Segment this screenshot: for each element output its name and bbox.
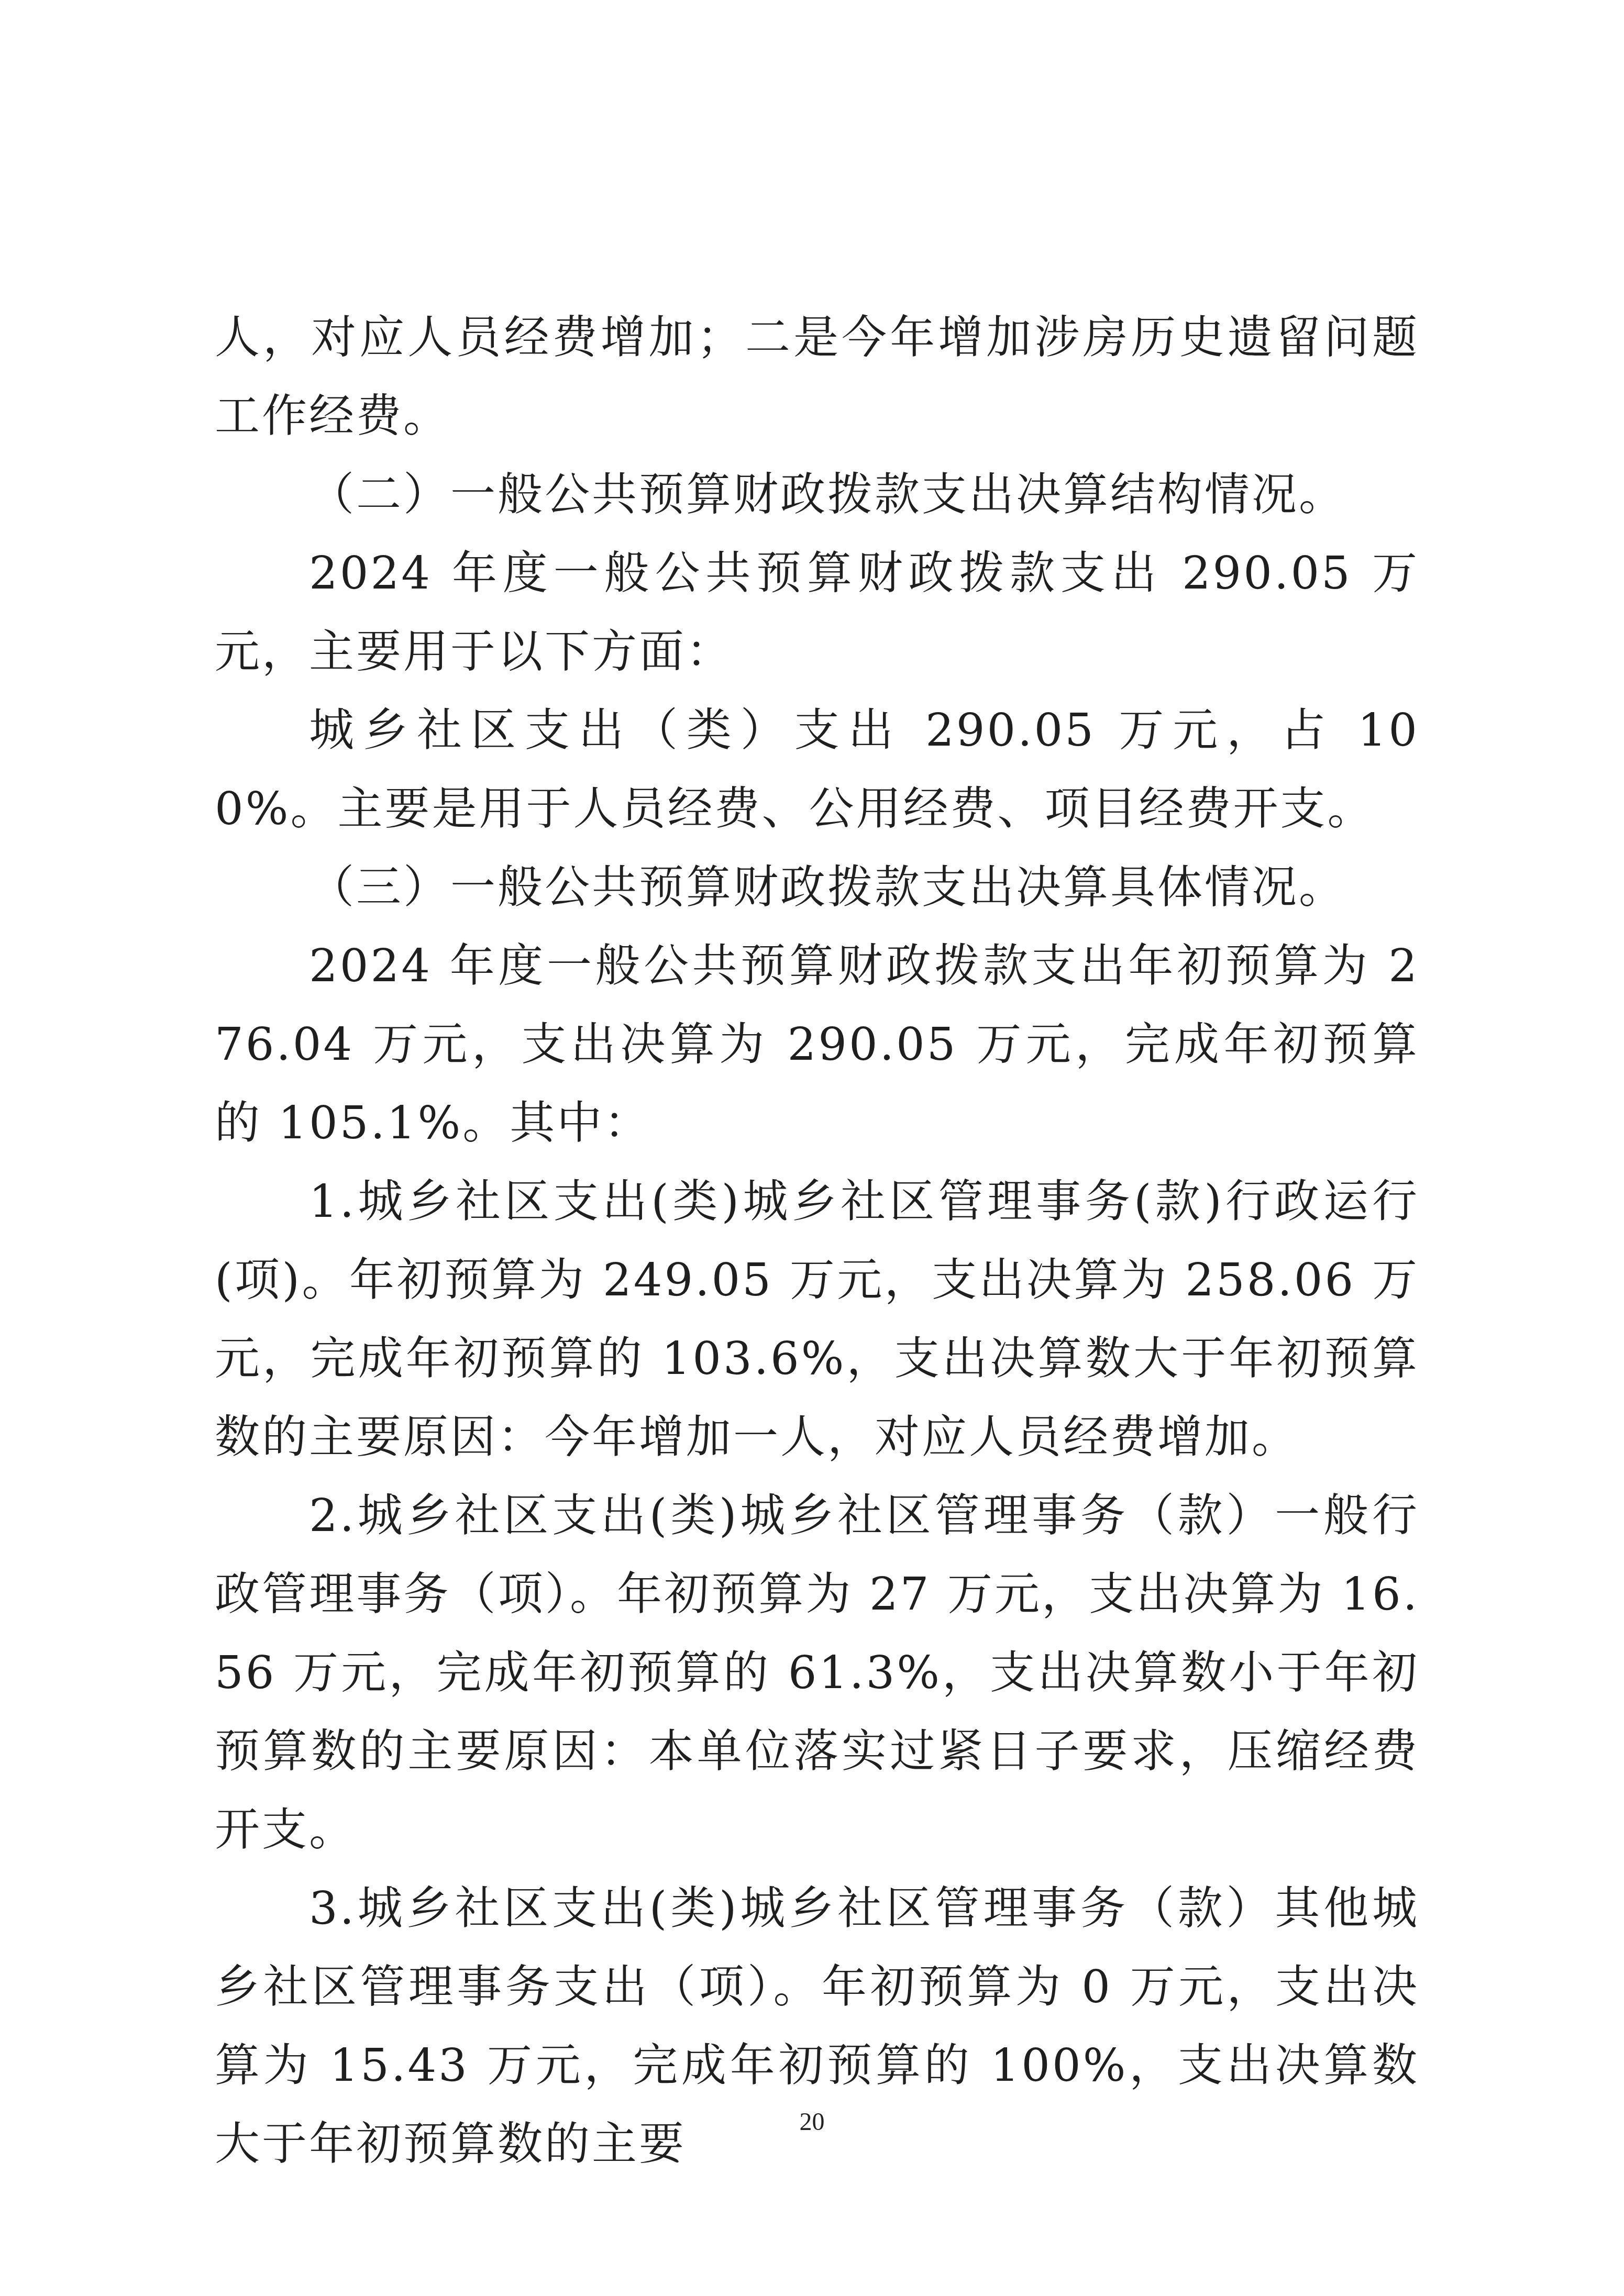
page-number: 20 [0, 2108, 1624, 2136]
list-item-3: 3.城乡社区支出(类)城乡社区管理事务（款）其他城乡社区管理事务支出（项）。年初… [215, 1869, 1419, 2183]
section-3-heading: （三）一般公共预算财政拨款支出决算具体情况。 [215, 848, 1419, 927]
section-2-heading: （二）一般公共预算财政拨款支出决算结构情况。 [215, 456, 1419, 534]
list-item-1: 1.城乡社区支出(类)城乡社区管理事务(款)行政运行(项)。年初预算为 249.… [215, 1162, 1419, 1477]
document-body: 人，对应人员经费增加；二是今年增加涉房历史遗留问题工作经费。 （二）一般公共预算… [215, 298, 1419, 2183]
paragraph-continued-reason: 人，对应人员经费增加；二是今年增加涉房历史遗留问题工作经费。 [215, 298, 1419, 456]
list-item-2: 2.城乡社区支出(类)城乡社区管理事务（款）一般行政管理事务（项）。年初预算为 … [215, 1477, 1419, 1869]
paragraph-section-2-summary: 2024 年度一般公共预算财政拨款支出 290.05 万元，主要用于以下方面： [215, 534, 1419, 691]
document-page: 人，对应人员经费增加；二是今年增加涉房历史遗留问题工作经费。 （二）一般公共预算… [0, 0, 1624, 2296]
paragraph-section-3-summary: 2024 年度一般公共预算财政拨款支出年初预算为 276.04 万元，支出决算为… [215, 927, 1419, 1162]
paragraph-section-2-detail: 城乡社区支出（类）支出 290.05 万元，占 100%。主要是用于人员经费、公… [215, 691, 1419, 848]
